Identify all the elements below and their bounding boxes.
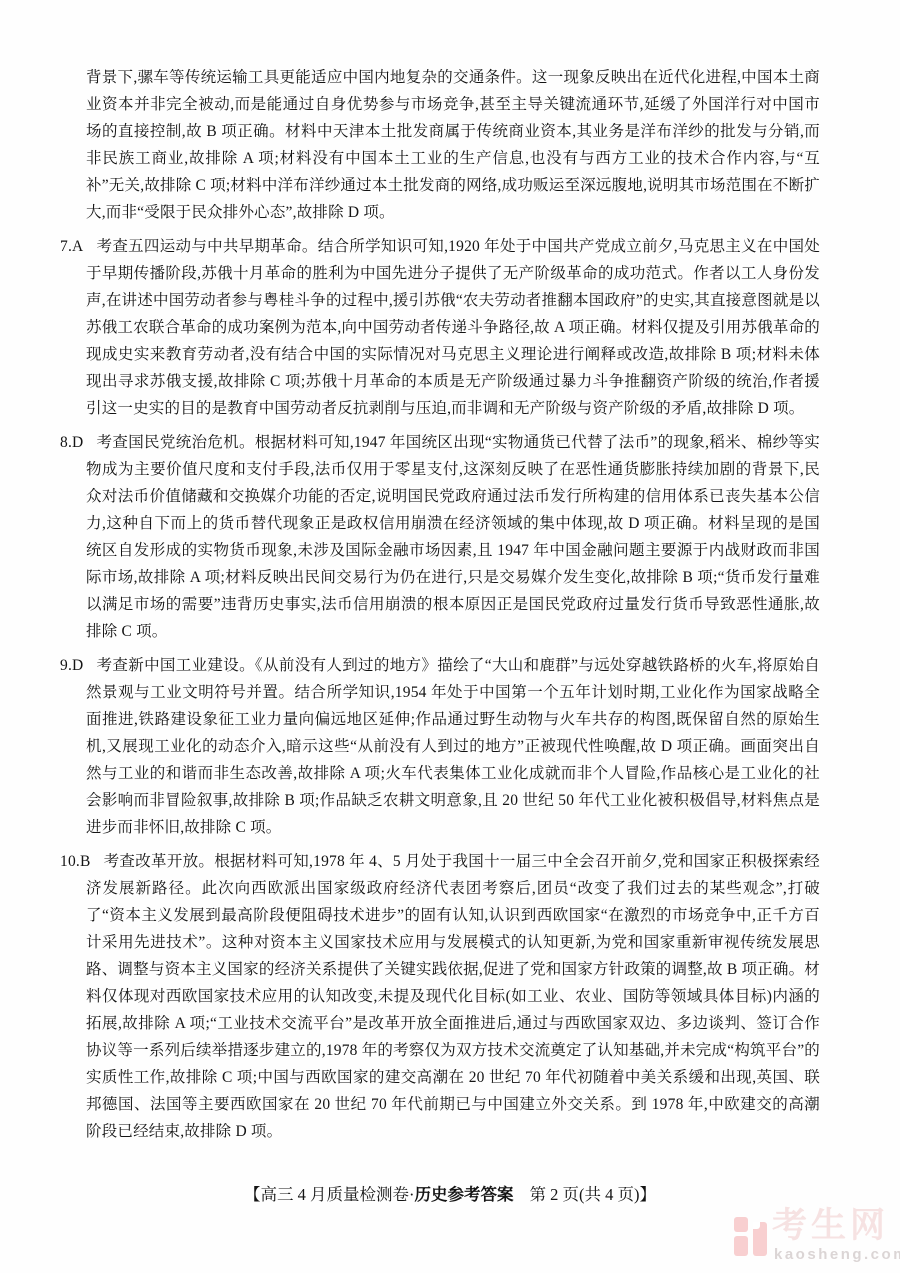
answer-item-10: 10.B考查改革开放。根据材料可知,1978 年 4、5 月处于我国十一届三中全… <box>86 848 820 1145</box>
footer-title-prefix: 【高三 4 月质量检测卷· <box>244 1185 415 1204</box>
answer-number-10: 10.B <box>60 853 91 870</box>
logo-block <box>734 1217 748 1232</box>
paragraph-continuation: 背景下,骡车等传统运输工具更能适应中国内地复杂的交通条件。这一现象反映出在近代化… <box>86 64 820 226</box>
answer-text-10: 考查改革开放。根据材料可知,1978 年 4、5 月处于我国十一届三中全会召开前… <box>86 853 820 1140</box>
answer-key-body: 背景下,骡车等传统运输工具更能适应中国内地复杂的交通条件。这一现象反映出在近代化… <box>60 64 820 1152</box>
answer-item-8: 8.D考查国民党统治危机。根据材料可知,1947 年国统区出现“实物通货已代替了… <box>86 429 820 645</box>
answer-number-9: 9.D <box>60 657 83 674</box>
kaosheng-logo-icon <box>734 1216 770 1256</box>
document-page: 背景下,骡车等传统运输工具更能适应中国内地复杂的交通条件。这一现象反映出在近代化… <box>0 0 900 1273</box>
footer-page-number: 第 2 页(共 4 页)】 <box>530 1185 657 1204</box>
answer-number-7: 7.A <box>60 238 83 255</box>
answer-text-8: 考查国民党统治危机。根据材料可知,1947 年国统区出现“实物通货已代替了法币”… <box>86 434 820 640</box>
page-footer: 【高三 4 月质量检测卷·历史参考答案第 2 页(共 4 页)】 <box>0 1181 900 1205</box>
answer-number-8: 8.D <box>60 434 83 451</box>
kaosheng-watermark: 考生网 kaosheng.com <box>730 1208 900 1268</box>
watermark-site-domain: kaosheng.com <box>774 1246 900 1263</box>
footer-subject-title: 历史参考答案 <box>415 1185 514 1204</box>
watermark-site-name: 考生网 <box>772 1208 889 1244</box>
logo-block <box>734 1236 748 1256</box>
answer-text-7: 考查五四运动与中共早期革命。结合所学知识可知,1920 年处于中国共产党成立前夕… <box>86 238 820 417</box>
logo-block-notch <box>753 1222 760 1229</box>
answer-item-7: 7.A考查五四运动与中共早期革命。结合所学知识可知,1920 年处于中国共产党成… <box>86 233 820 422</box>
answer-text-9: 考查新中国工业建设。《从前没有人到过的地方》描绘了“大山和鹿群”与远处穿越铁路桥… <box>86 657 820 836</box>
answer-item-9: 9.D考查新中国工业建设。《从前没有人到过的地方》描绘了“大山和鹿群”与远处穿越… <box>86 652 820 841</box>
